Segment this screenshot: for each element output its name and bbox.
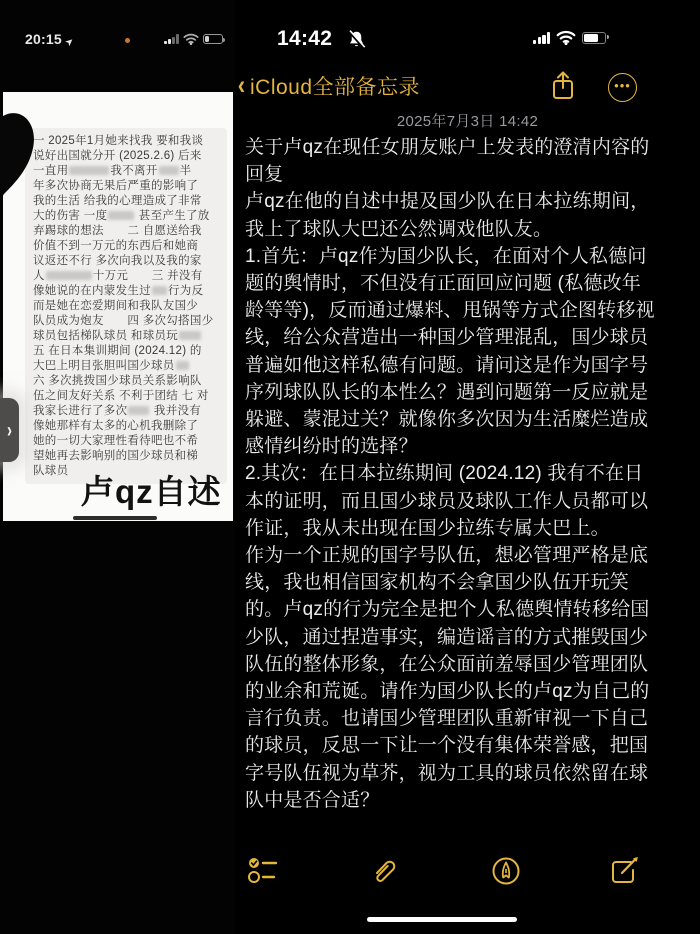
note-text-line: 1.首先：卢qz作为国少队长，在面对个人私德问 [245,243,695,270]
silent-mode-bell-icon [347,30,366,49]
image-text-line: 一直用我不离开半 [33,164,229,179]
chevron-right-icon: › [7,418,12,442]
image-text-line: 年多次协商无果后严重的影响了 [33,179,229,194]
status-time: 14:42 [277,27,332,51]
battery-icon [203,34,223,44]
image-text-line: 大巴上明目张胆叫国少球员 [33,359,229,374]
image-text-line: 队员成为炮友 四 多次勾搭国少 [33,314,229,329]
redacted-blur [179,331,201,340]
note-text-line: 线，我也相信国家机构不会拿国少队伍开玩笑 [245,569,695,596]
note-image-attachment[interactable]: 一 2025年1月她来找我 要和我谈说好出国就分开 (2025.2.6) 后来一… [3,92,233,521]
image-text-line: 像她那样有太多的心机我删除了 [33,419,229,434]
note-text-line: 序列球队队长的本性么？遇到问题第一反应就是 [245,379,695,406]
note-text-line: 少队，通过捏造事实，编造谣言的方式摧毁国少 [245,624,695,651]
markup-button[interactable] [491,856,521,886]
note-text-line: 的球员，反思一下让一个没有集体荣誉感，把国 [245,732,695,759]
note-text-line: 回复 [245,161,695,188]
location-arrow-icon: ➤ [63,35,77,49]
image-text-line: 六 多次挑拨国少球员关系影响队 [33,374,229,389]
redacted-blur [152,286,167,295]
image-text-line: 球员包括梯队球员 和球员玩 [33,329,229,344]
note-text-line: 的业余和荒诞。请作为国少队长的卢qz为自己的 [245,678,695,705]
nav-back-label: iCloud全部备忘录 [250,71,420,101]
slide-drawer-handle[interactable]: › [0,398,19,462]
note-text-line: 躲避、蒙混过关？就像你多次因为生活糜烂造成 [245,406,695,433]
ink-blob-mark [0,110,42,206]
image-text-line: 伍之间友好关系 不利于团结 七 对 [33,389,229,404]
left-status-time: 20:15➤ [25,31,73,47]
redacted-blur [108,211,134,220]
note-text-line: 线，给公众营造出一种国少管理混乱，国少球员 [245,324,695,351]
image-text-line: 而是她在恋爱期间和我队友国少 [33,299,229,314]
nav-back-button[interactable]: ‹ iCloud全部备忘录 [237,70,420,101]
note-text-line: 队中是否合适？ [245,787,695,814]
status-icons [533,30,606,45]
image-text-line: 弃踢球的想法 二 自愿送给我 [33,224,229,239]
screen: 20:15➤ 一 2025年1月她来找我 要和我谈说好出国就分开 (2025.2… [0,0,700,934]
note-text-line: 字号队伍视为草芥，视为工具的球员依然留在球 [245,760,695,787]
image-text-line: 五 在日本集训期间 (2024.12) 的 [33,344,229,359]
left-status-icons [164,33,223,45]
redacted-blur [128,406,149,415]
cellular-signal-icon [533,32,550,44]
notes-app-column: 14:42 ‹ iCloud全部备忘录 [235,0,700,934]
wifi-icon [183,33,199,45]
bottom-toolbar [235,844,700,934]
wifi-icon [556,30,576,45]
note-text-line: 本的证明，而且国少球员及球队工作人员都可以 [245,488,695,515]
note-text-line: 感情纠纷时的选择？ [245,433,695,460]
embedded-screenshot-column: 20:15➤ 一 2025年1月她来找我 要和我谈说好出国就分开 (2025.2… [0,0,235,934]
note-text-line: 作证，我从未出现在国少拉练专属大巴上。 [245,515,695,542]
note-text-line: 关于卢qz在现任女朋友账户上发表的澄清内容的 [245,134,695,161]
note-text-line: 的。卢qz的行为完全是把个人私德舆情转移给国 [245,596,695,623]
image-text-line: 大的伤害 一度 甚至产生了放 [33,209,229,224]
more-options-button[interactable]: ••• [608,73,637,102]
note-text-line: 卢qz在他的自述中提及国少队在日本拉练期间， [245,188,695,215]
note-text-line: 2.其次：在日本拉练期间 (2024.12) 我有不在日 [245,460,695,487]
share-button[interactable] [549,70,577,102]
note-text-line: 队伍的整体形象，在公众面前羞辱国少管理团队 [245,651,695,678]
image-text-line: 她的一切大家理性看待吧也不希 [33,434,229,449]
image-text-line: 人十万元 三 并没有 [33,269,229,284]
home-indicator[interactable] [367,917,517,922]
privacy-indicator-dot [125,38,130,43]
redacted-blur [46,271,92,280]
image-text-line: 望她再去影响别的国少球员和梯 [33,449,229,464]
image-text-line: 议返还不行 多次向我以及我的家 [33,254,229,269]
redacted-blur [69,166,109,175]
redacted-blur [176,361,189,370]
cellular-signal-icon [164,34,179,44]
note-text-line: 普遍如他这样私德有问题。请问这是作为国字号 [245,352,695,379]
image-text-line: 一 2025年1月她来找我 要和我谈 [33,134,229,149]
chevron-left-icon: ‹ [238,70,245,101]
note-text-line: 我上了球队大巴还公然调戏他队友。 [245,216,695,243]
attachment-button[interactable] [369,856,399,886]
redacted-blur [159,166,179,175]
caption-underline [73,516,157,520]
note-text-line: 作为一个正规的国字号队伍，想必管理严格是底 [245,542,695,569]
note-text-line: 言行负责。也请国少管理团队重新审视一下自己 [245,705,695,732]
compose-button[interactable] [609,856,641,886]
image-text-line: 说好出国就分开 (2025.2.6) 后来 [33,149,229,164]
battery-icon [582,32,606,44]
note-text-line: 题的舆情时，不但没有正面回应问题 (私德改年 [245,270,695,297]
checklist-button[interactable] [247,856,279,884]
statement-text-block: 一 2025年1月她来找我 要和我谈说好出国就分开 (2025.2.6) 后来一… [33,134,229,479]
image-text-line: 像她说的在内蒙发生过行为反 [33,284,229,299]
note-text-line: 龄等等)，反而通过爆料、甩锅等方式企图转移视 [245,297,695,324]
image-text-line: 价值不到一万元的东西后和她商 [33,239,229,254]
note-date: 2025年7月3日 14:42 [235,110,700,131]
image-caption: 卢qz自述 [81,466,222,513]
image-text-line: 我的生活 给我的心理造成了非常 [33,194,229,209]
note-body-text[interactable]: 关于卢qz在现任女朋友账户上发表的澄清内容的回复卢qz在他的自述中提及国少队在日… [245,134,695,814]
image-text-line: 我家长进行了多次 我并没有 [33,404,229,419]
